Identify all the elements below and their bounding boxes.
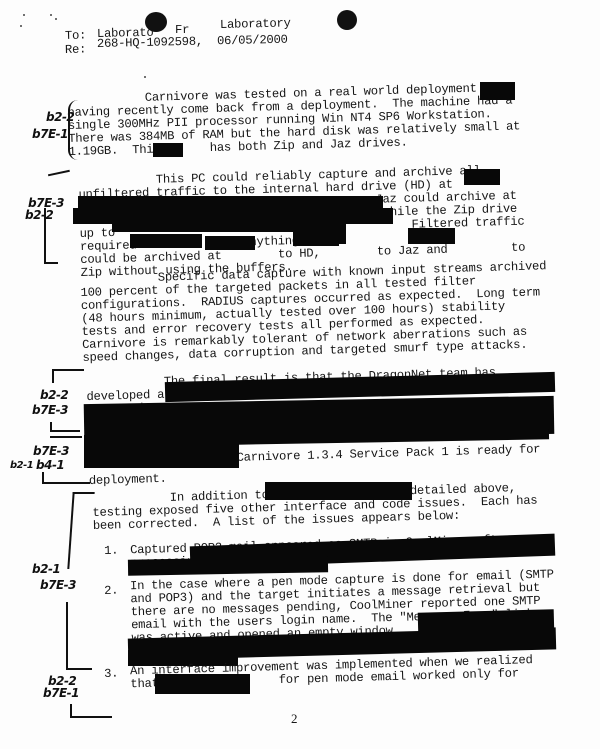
exemption-note: b2-1	[32, 562, 60, 576]
bracket-mark	[44, 208, 58, 264]
to-label: To:	[65, 30, 86, 43]
bracket-mark	[42, 472, 90, 484]
redaction-block	[265, 482, 412, 500]
redaction-block	[155, 674, 250, 694]
redaction-block	[464, 169, 500, 185]
redaction-dot	[145, 12, 167, 32]
page-number: 2	[291, 711, 298, 727]
issue-number: 3.	[104, 668, 118, 681]
re-label: Re:	[65, 44, 86, 57]
bracket-mark	[48, 170, 70, 178]
issue-number: 2.	[104, 585, 118, 598]
text-line: deployment.	[89, 473, 167, 488]
scan-speck	[144, 76, 146, 78]
scan-speck	[20, 25, 22, 27]
bracket-mark	[67, 492, 94, 569]
re-value: 268-HQ-1092598, 06/05/2000	[97, 34, 288, 51]
bracket-mark	[50, 422, 80, 432]
document-page: To: Laborato Fr Laboratory Re: 268-HQ-10…	[0, 0, 600, 749]
redaction-block	[205, 236, 255, 250]
redaction-block	[112, 218, 346, 232]
redaction-block	[84, 435, 239, 468]
exemption-note: b2-2	[40, 388, 68, 402]
exemption-note: b7E-3	[40, 578, 76, 592]
bracket-mark	[70, 704, 112, 718]
exemption-note: b7E-1	[32, 127, 68, 141]
scan-speck	[50, 14, 52, 16]
exemption-note: b4-1	[36, 458, 64, 472]
exemption-note: b7E-3	[33, 444, 69, 458]
exemption-note: b2-1	[10, 460, 33, 471]
issue-number: 1.	[104, 545, 118, 558]
redaction-block	[480, 82, 515, 100]
bracket-mark	[66, 602, 92, 670]
redaction-block	[153, 143, 183, 157]
scan-speck	[23, 14, 25, 16]
bracket-mark	[52, 369, 84, 383]
bracket-mark	[50, 436, 82, 439]
bracket-mark	[68, 100, 78, 160]
redaction-dot	[337, 10, 357, 30]
exemption-note: b7E-1	[43, 686, 79, 700]
exemption-note: b7E-3	[32, 403, 68, 417]
redaction-block	[130, 234, 202, 248]
redaction-block	[293, 232, 339, 246]
scan-speck	[55, 18, 57, 20]
redaction-block	[128, 556, 328, 575]
from-value: Laboratory	[220, 17, 291, 32]
redaction-block	[408, 228, 455, 244]
